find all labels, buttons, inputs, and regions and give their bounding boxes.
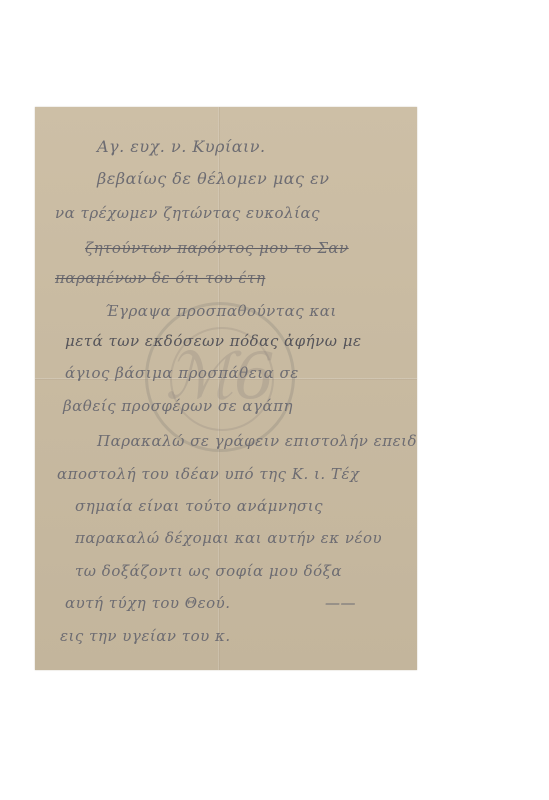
signature-stroke: —— (325, 594, 356, 612)
letter-line: παρακαλώ δέχομαι και αυτήν εκ νέου (75, 529, 382, 547)
struck-letter-line: παραμένων δε ότι του έτη (55, 269, 265, 287)
letter-line: αποστολή του ιδέαν υπό της Κ. ι. Τέχ (57, 465, 360, 483)
letter-line: άγιος βάσιμα προσπάθεια σε (65, 364, 299, 382)
salutation-line: Αγ. ευχ. ν. Κυρίαιν. (97, 137, 266, 156)
struck-letter-line: ζητούντων παρόντος μου το Σαν (85, 239, 349, 257)
letter-paper: ℳ6 Αγ. ευχ. ν. Κυρίαιν. βεβαίως δε θέλομ… (35, 107, 417, 670)
letter-line: Παρακαλώ σε γράφειν επιστολήν επειδή (97, 432, 417, 450)
letter-line: σημαία είναι τούτο ανάμνησις (75, 497, 323, 515)
letter-line: βαθείς προσφέρων σε αγάπη (63, 397, 293, 415)
letter-line: τω δοξάζοντι ως σοφία μου δόξα (75, 562, 342, 580)
letter-line: βεβαίως δε θέλομεν μας εν (97, 169, 329, 188)
closing-line: εις την υγείαν του κ. (60, 627, 231, 645)
letter-line: μετά των εκδόσεων πόδας ἀφήνω με (65, 332, 362, 350)
letter-line: Έγραψα προσπαθούντας και (105, 302, 337, 320)
letter-line: να τρέχωμεν ζητώντας ευκολίας (55, 204, 320, 222)
letter-line: αυτή τύχη του Θεού. (65, 594, 231, 612)
